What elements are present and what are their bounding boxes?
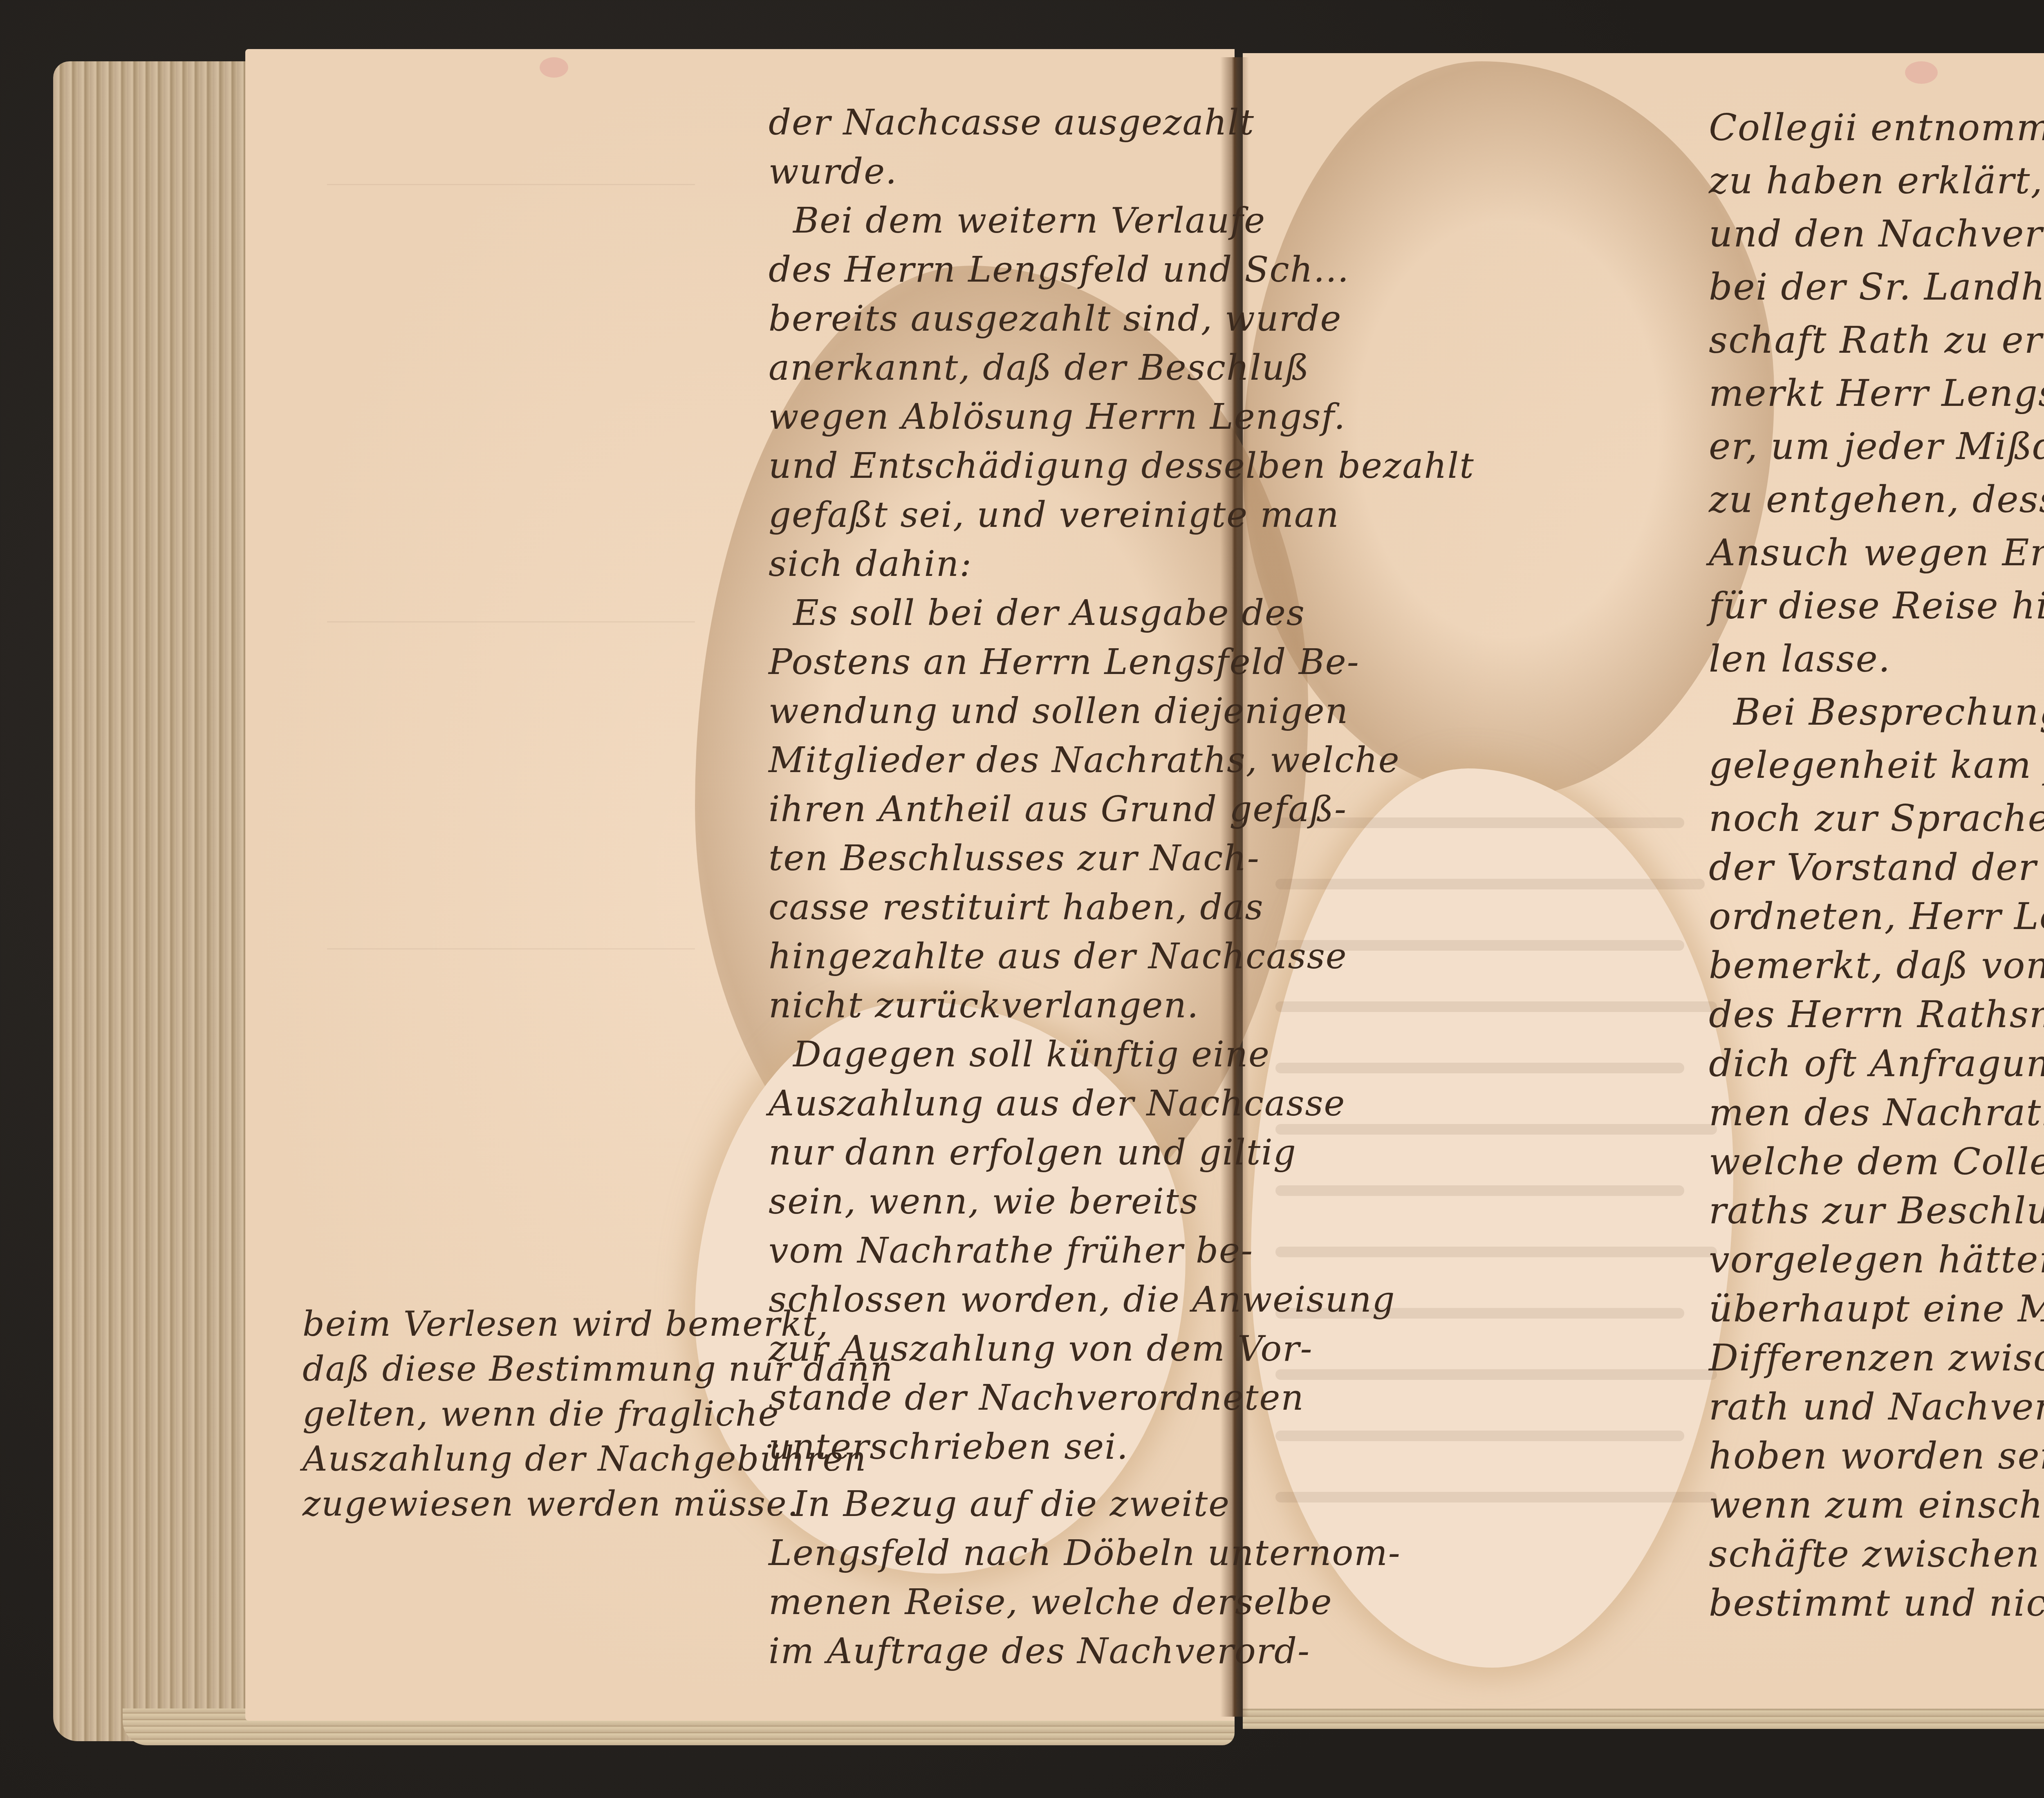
text-line: schlossen worden, die Anweisung bbox=[769, 1279, 1396, 1320]
text-line: er, um jeder Mißdeutung bbox=[1709, 425, 2044, 468]
text-line: menen Reise, welche derselbe bbox=[769, 1582, 1333, 1623]
text-line: Lengsfeld nach Döbeln unternom- bbox=[769, 1533, 1401, 1574]
bleed-through-line bbox=[1275, 1369, 1717, 1380]
right-main-text-column: Collegii entnommen und zu haben erklärt,… bbox=[1709, 106, 2044, 1700]
bleed-through-line bbox=[1275, 1431, 1684, 1441]
text-line: vorgelegen hätten, daß bbox=[1709, 1238, 2044, 1281]
bleed-through-line bbox=[1275, 1247, 1717, 1257]
text-line: ordneten, Herr Lengsfeld bbox=[1709, 895, 2044, 938]
text-line: vom Nachrathe früher be- bbox=[769, 1230, 1253, 1271]
text-line: ten Beschlusses zur Nach- bbox=[769, 838, 1260, 879]
text-line: des Herrn Rathsmann Lin- bbox=[1709, 993, 2044, 1036]
text-line: raths zur Beschlußfassung nicht bbox=[1709, 1189, 2044, 1232]
text-line: hoben worden sein würden, bbox=[1709, 1435, 2044, 1478]
text-line: Bei dem weitern Verlaufe bbox=[793, 200, 1266, 241]
text-line: men des Nachraths erlassen worden, bbox=[1709, 1091, 2044, 1134]
text-line: schäfte zwischen beiden Collegien bbox=[1709, 1533, 2044, 1576]
ruling-line bbox=[327, 184, 695, 185]
text-line: gelegenheit kam folgender bbox=[1709, 744, 2044, 787]
text-line: Es soll bei der Ausgabe des bbox=[793, 593, 1305, 634]
text-line: und Entschädigung desselben bezahlt bbox=[769, 446, 1475, 486]
text-line: bemerkt, daß von Seiten bbox=[1709, 944, 2044, 987]
bleed-through-line bbox=[1275, 1063, 1684, 1073]
text-line: merkt Herr Lengsfeld, daß bbox=[1709, 372, 2044, 415]
text-line: im Auftrage des Nachverord- bbox=[769, 1631, 1310, 1672]
text-line: Auszahlung aus der Nachcasse bbox=[769, 1083, 1345, 1124]
text-line: nicht zurückverlangen. bbox=[769, 985, 1199, 1026]
text-line: Collegii entnommen und bbox=[1709, 106, 2044, 149]
bleed-through-line bbox=[1275, 1185, 1684, 1196]
red-spot bbox=[1905, 61, 1938, 84]
red-spot bbox=[540, 57, 568, 78]
bleed-through-line bbox=[1275, 1492, 1717, 1502]
text-line: ihren Antheil aus Grund gefaß- bbox=[769, 789, 1347, 830]
margin-note-line: zugewiesen werden müsse. bbox=[303, 1484, 799, 1524]
text-line: nur dann erfolgen und giltig bbox=[769, 1132, 1297, 1173]
text-line: wendung und sollen diejenigen bbox=[769, 691, 1349, 732]
text-line: anerkannt, daß der Beschluß bbox=[769, 347, 1310, 388]
text-line: wurde. bbox=[769, 151, 897, 192]
text-line: des Herrn Lengsfeld und Sch... bbox=[769, 249, 1349, 290]
bleed-through-line bbox=[1275, 1124, 1717, 1135]
text-line: Dagegen soll künftig eine bbox=[793, 1034, 1270, 1075]
text-line: zu haben erklärt, um sich bbox=[1709, 159, 2044, 202]
text-line: und den Nachverordneten bbox=[1709, 213, 2044, 255]
text-line: wenn zum einschlägigen Ge- bbox=[1709, 1484, 2044, 1527]
text-line: In Bezug auf die zweite bbox=[793, 1484, 1230, 1525]
text-line: der Nachcasse ausgezahlt bbox=[769, 102, 1255, 143]
text-line: zu entgehen, dessen den bbox=[1709, 478, 2044, 521]
text-line: der Vorstand der Nachver- bbox=[1709, 846, 2044, 889]
text-line: Postens an Herrn Lengsfeld Be- bbox=[769, 642, 1360, 683]
text-line: hingezahlte aus der Nachcasse bbox=[769, 936, 1347, 977]
text-line: sein, wenn, wie bereits bbox=[769, 1181, 1199, 1222]
text-line: rath und Nachverordneten er- bbox=[1709, 1386, 2044, 1429]
text-line: bei der Sr. Landhauptmann- bbox=[1709, 266, 2044, 309]
margin-note-line: gelten, wenn die fragliche bbox=[303, 1394, 780, 1434]
text-line: welche dem Collegio des Nach- bbox=[1709, 1140, 2044, 1183]
text-line: bereits ausgezahlt sind, wurde bbox=[769, 298, 1342, 339]
text-line: bestimmt und nicht von Herrn bbox=[1709, 1582, 2044, 1625]
margin-note-line: beim Verlesen wird bemerkt, bbox=[303, 1304, 829, 1344]
text-line: noch zur Sprache: bbox=[1709, 797, 2044, 840]
text-line: Differenzen zwischen Nach- bbox=[1709, 1337, 2044, 1379]
text-line: für diese Reise hiemit fal- bbox=[1709, 584, 2044, 627]
ruling-line bbox=[327, 948, 695, 949]
margin-note-line: Auszahlung der Nachgebühren bbox=[303, 1439, 867, 1479]
text-line: Mitglieder des Nachraths, welche bbox=[769, 740, 1400, 781]
text-line: Bei Besprechung dieser An- bbox=[1733, 691, 2044, 734]
left-margin-note: beim Verlesen wird bemerkt, daß diese Be… bbox=[303, 1304, 711, 1533]
text-line: dich oft Anfragungen in Na- bbox=[1709, 1042, 2044, 1085]
text-line: wegen Ablösung Herrn Lengsf. bbox=[769, 396, 1346, 437]
text-line: casse restituirt haben, das bbox=[769, 887, 1264, 928]
text-line: sich dahin: bbox=[769, 544, 972, 584]
text-line: schaft Rath zu erholen, be- bbox=[1709, 319, 2044, 362]
ruling-line bbox=[327, 621, 695, 622]
text-line: gefaßt sei, und vereinigte man bbox=[769, 495, 1340, 535]
text-line: Ansuch wegen Entschädigung bbox=[1709, 531, 2044, 574]
margin-note-line: daß diese Bestimmung nur dann bbox=[303, 1349, 893, 1389]
text-line: len lasse. bbox=[1709, 638, 1891, 681]
bleed-through-line bbox=[1275, 1001, 1717, 1012]
text-line: überhaupt eine Menge von bbox=[1709, 1287, 2044, 1330]
bleed-through-line bbox=[1275, 879, 1705, 889]
